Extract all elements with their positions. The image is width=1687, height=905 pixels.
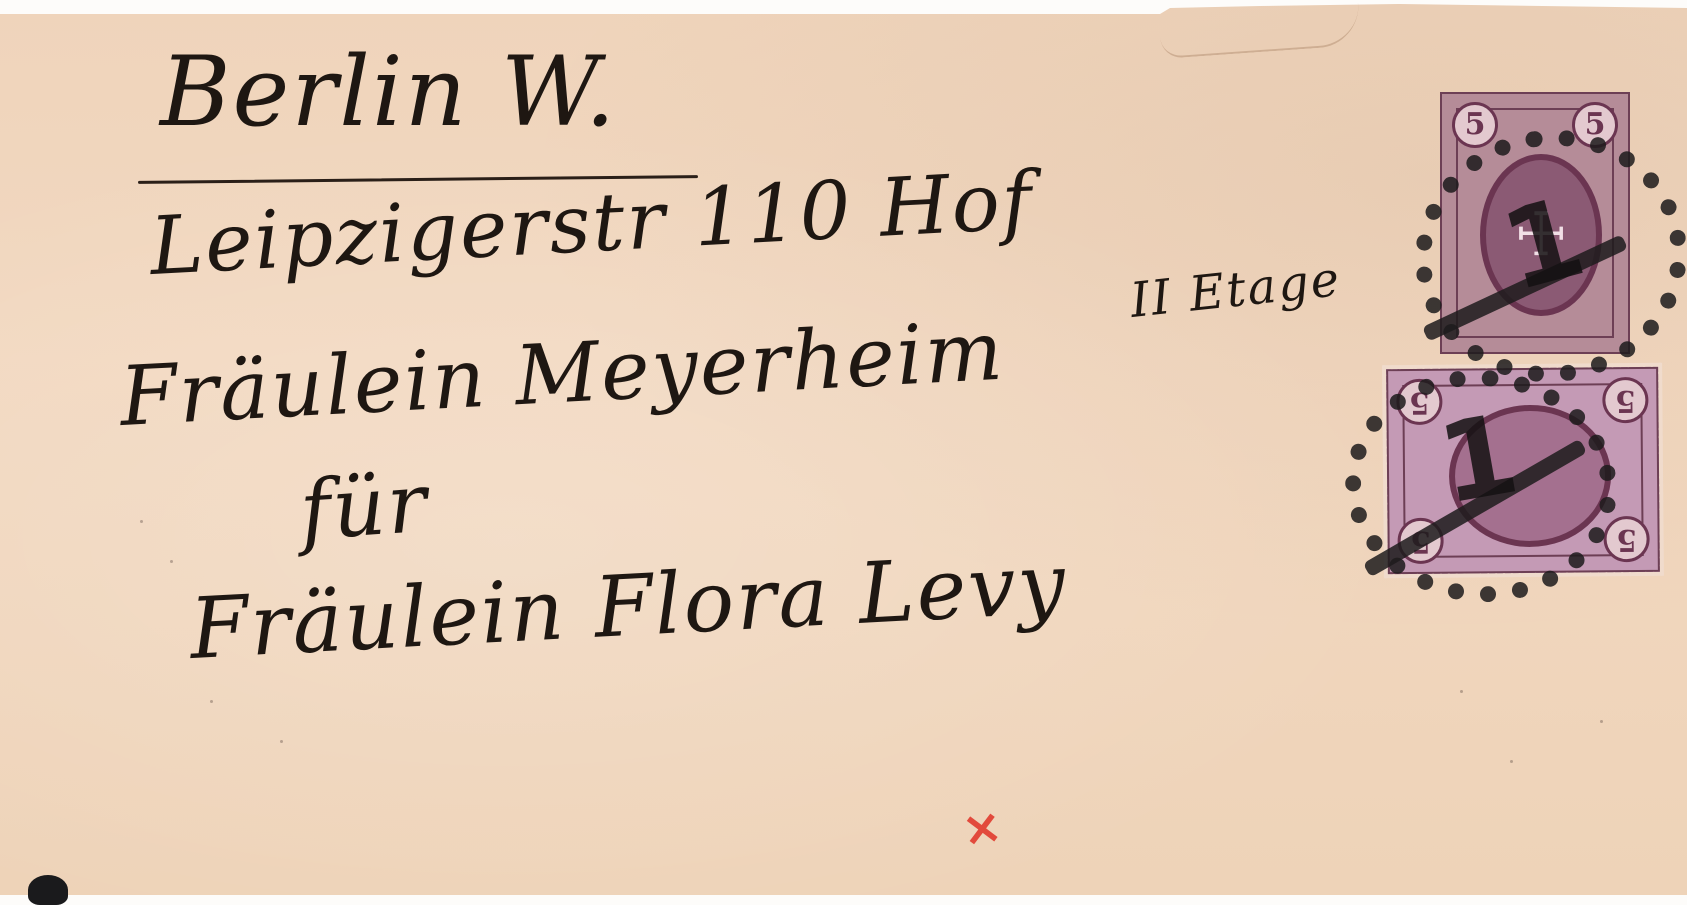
addressee-connector: für bbox=[297, 456, 432, 560]
foxing-speckle bbox=[170, 560, 173, 563]
foxing-speckle bbox=[140, 520, 143, 523]
foxing-speckle bbox=[280, 740, 283, 743]
foxing-speckle bbox=[1600, 720, 1603, 723]
foxing-speckle bbox=[210, 700, 213, 703]
foxing-speckle bbox=[1510, 760, 1513, 763]
address-city: Berlin W. bbox=[160, 36, 617, 148]
foxing-speckle bbox=[1460, 690, 1463, 693]
denomination-top-left: 5 bbox=[1452, 102, 1498, 148]
denomination-top-right: 5 bbox=[1602, 377, 1648, 423]
red-cross-mark: × bbox=[958, 797, 1006, 858]
